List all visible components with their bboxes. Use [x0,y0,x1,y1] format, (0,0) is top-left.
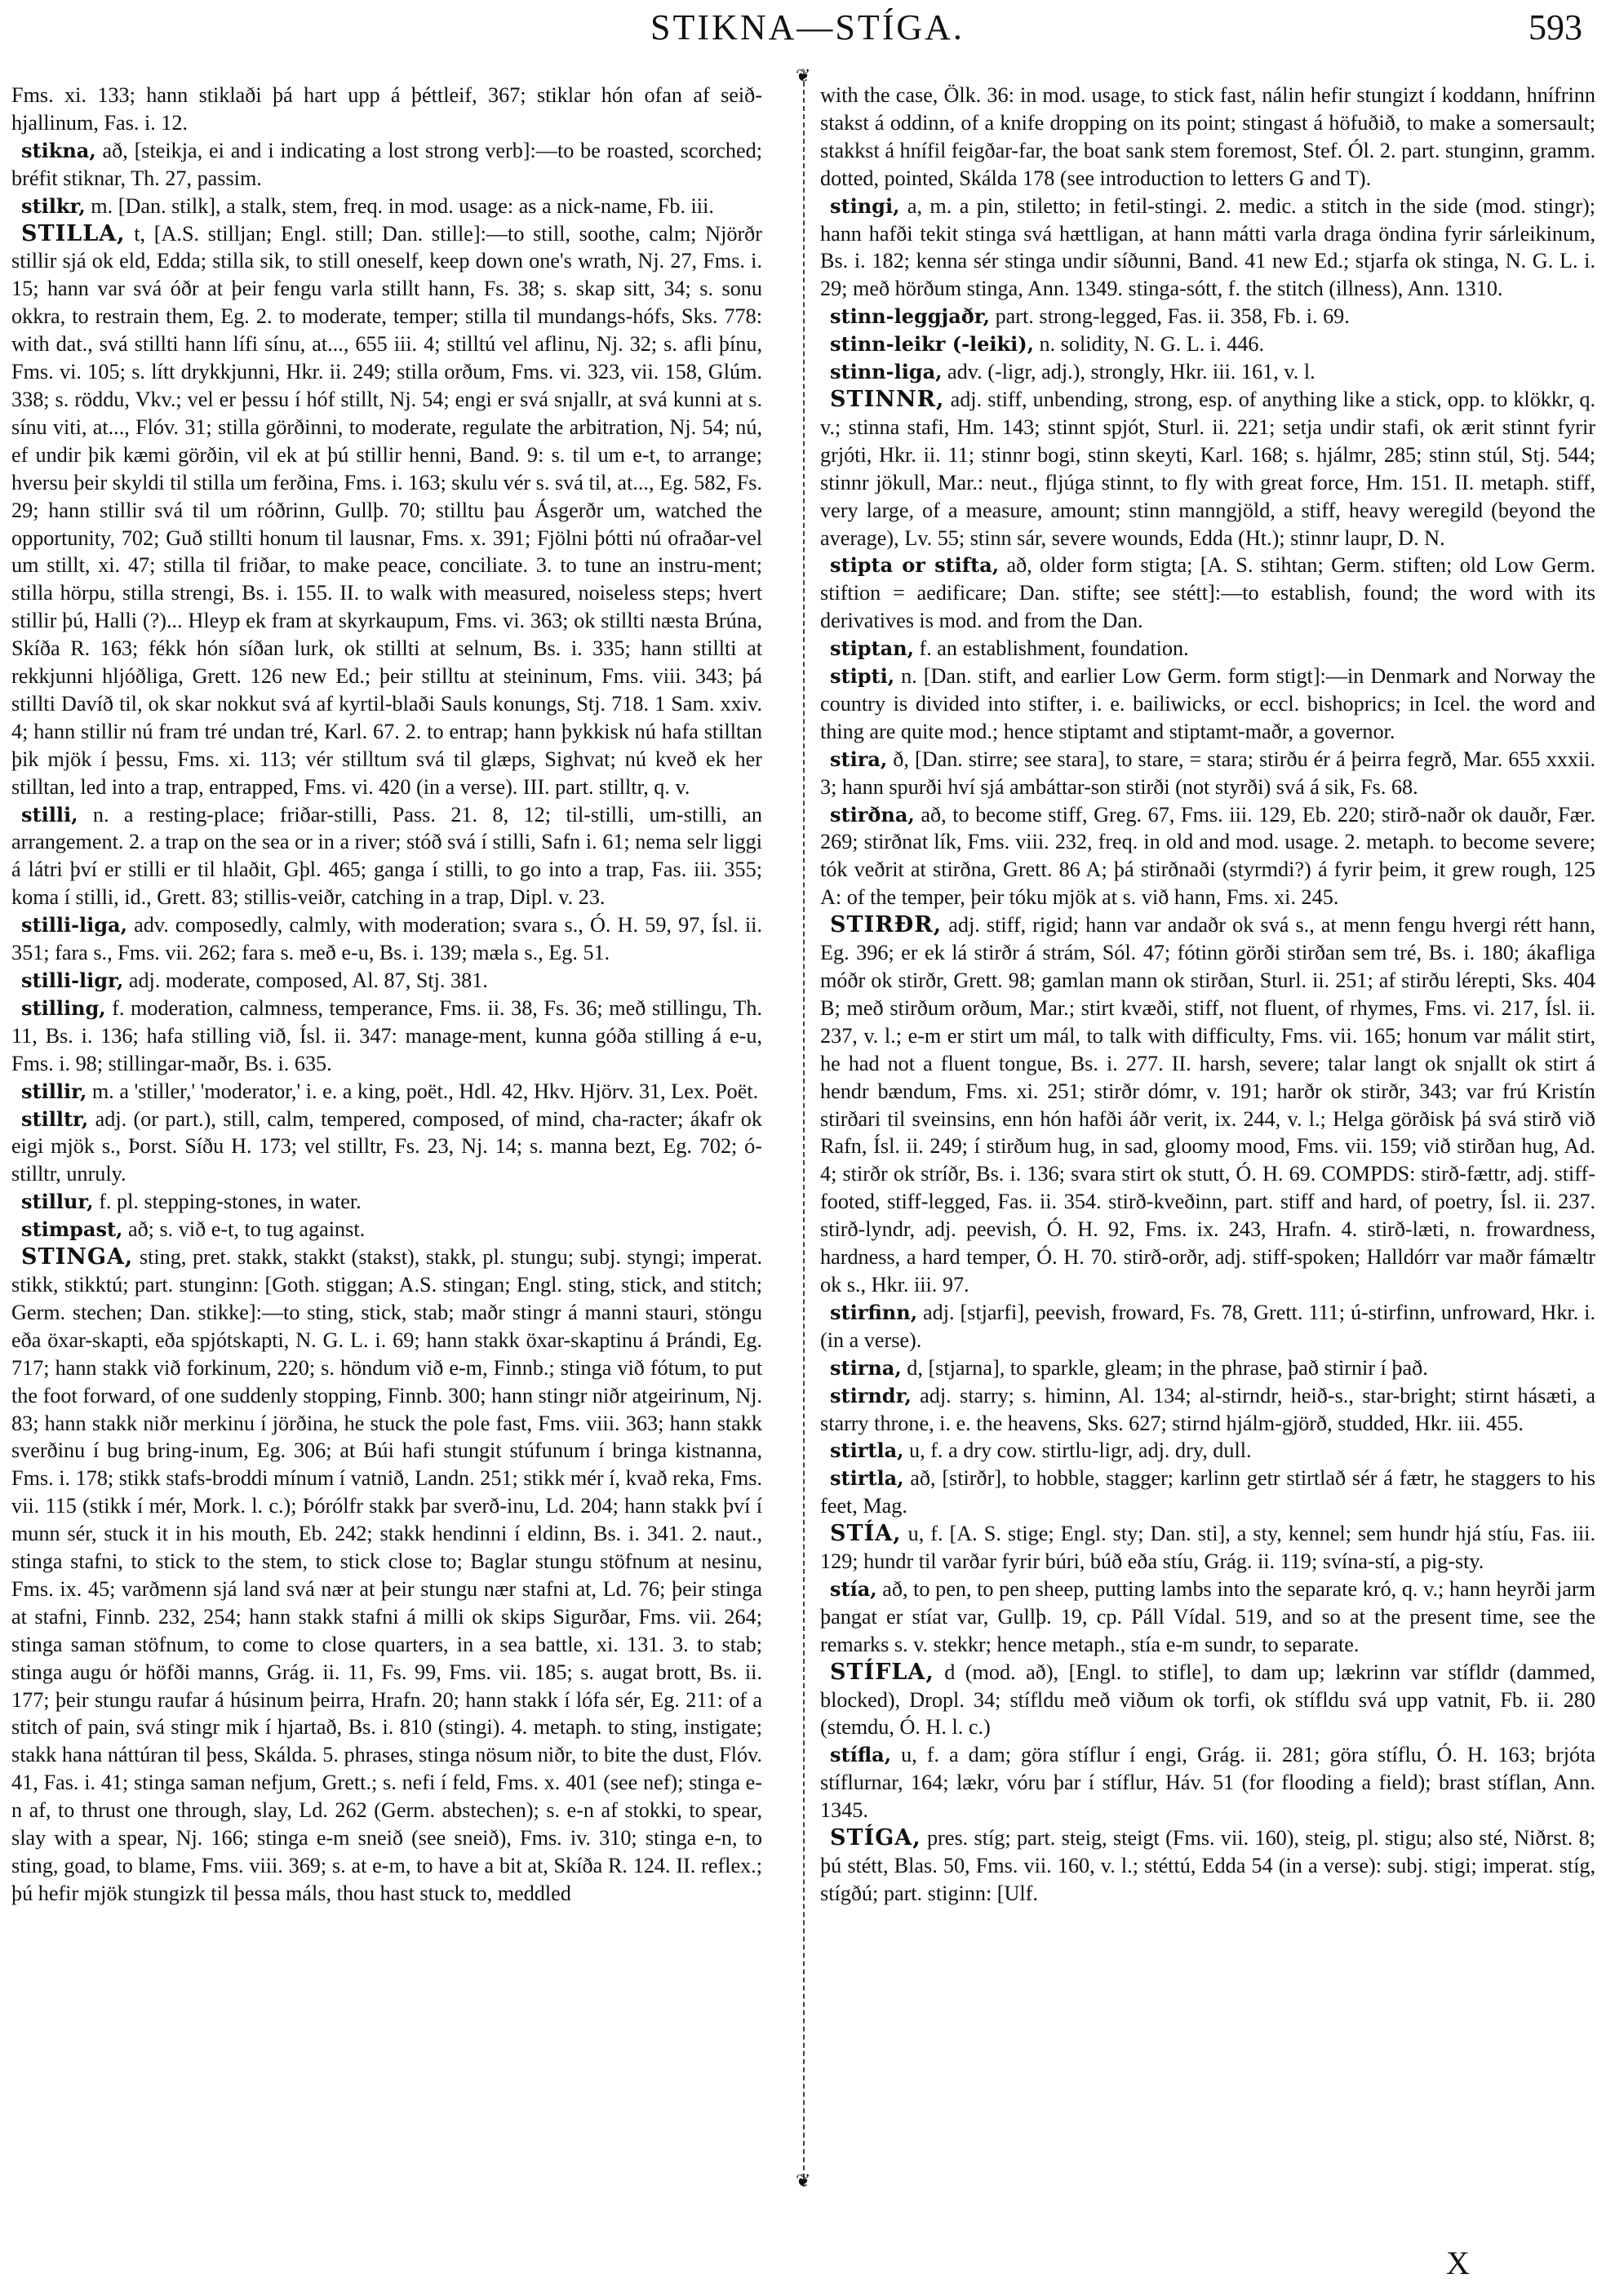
entry-definition: adj. stiff, rigid; hann var andaðr ok sv… [820,913,1595,1296]
entry-definition: adj. [stjarfi], peevish, froward, Fs. 78… [820,1301,1595,1352]
entry-headword: stilling, [21,996,106,1020]
entry-definition: u, f. [A. S. stige; Engl. sty; Dan. sti]… [820,1522,1595,1573]
running-head: STIKNA—STÍGA. [0,7,1615,48]
entry-headword: stinn-leikr (-leiki), [830,332,1034,356]
dictionary-entry: stikna, að, [steikja, ei and i indicatin… [11,137,762,193]
entry-definition: f. an establishment, foundation. [914,636,1189,660]
page-header: STIKNA—STÍGA. 593 [0,0,1615,65]
entry-definition: pres. stíg; part. steig, steigt (Fms. vi… [820,1826,1595,1905]
entry-definition: a, m. a pin, stiletto; in fetil-stingi. … [820,194,1595,301]
entry-definition: u, f. a dam; göra stíflur í engi, Grág. … [820,1743,1595,1822]
entry-headword: stikna, [21,139,96,162]
dictionary-entry: stipta or stifta, að, older form stigta;… [820,552,1595,635]
dictionary-entry: STÍFLA, d (mod. að), [Engl. to stifle], … [820,1659,1595,1742]
entry-definition: m. [Dan. stilk], a stalk, stem, freq. in… [86,194,714,218]
entry-headword: STÍA, [830,1521,902,1546]
entry-definition: u, f. a dry cow. stirtlu-ligr, adj. dry,… [903,1438,1251,1462]
entry-definition: f. pl. stepping-stones, in water. [94,1190,362,1213]
entry-definition: f. moderation, calmness, temperance, Fms… [11,996,762,1075]
dictionary-entry: with the case, Ölk. 36: in mod. usage, t… [820,82,1595,193]
dictionary-entry: STINNR, adj. stiff, unbending, strong, e… [820,386,1595,552]
dictionary-entry: Fms. xi. 133; hann stiklaði þá hart upp … [11,82,762,137]
dictionary-entry: stilli, n. a resting-place; friðar-still… [11,801,762,912]
entry-headword: STINGA, [21,1244,133,1270]
entry-headword: stillur, [21,1190,94,1213]
entry-headword: stirndr, [830,1384,912,1407]
entry-headword: stilli-ligr, [21,968,123,992]
entry-headword: stilkr, [21,194,86,218]
entry-definition: part. strong-legged, Fas. ii. 358, Fb. i… [990,304,1350,328]
dictionary-entry: stilkr, m. [Dan. stilk], a stalk, stem, … [11,193,762,220]
entry-headword: STILLA, [21,221,126,246]
entry-definition: d (mod. að), [Engl. to stifle], to dam u… [820,1660,1595,1740]
dictionary-entry: stillur, f. pl. stepping-stones, in wate… [11,1188,762,1216]
entry-headword: stilli-liga, [21,913,127,937]
entry-headword: STIRÐR, [830,912,942,937]
dictionary-entry: STÍGA, pres. stíg; part. steig, steigt (… [820,1824,1595,1908]
entry-headword: stingi, [830,194,899,218]
entry-headword: STINNR, [830,387,944,412]
entry-headword: stillir, [21,1079,87,1103]
dictionary-entry: stirna, d, [stjarna], to sparkle, gleam;… [820,1354,1595,1382]
entry-definition: n. solidity, N. G. L. i. 446. [1034,332,1264,356]
entry-headword: stira, [830,747,887,771]
dictionary-entry: stira, ð, [Dan. stirre; see stara], to s… [820,746,1595,801]
dictionary-entry: stiptan, f. an establishment, foundation… [820,635,1595,663]
entry-definition: t, [A.S. stilljan; Engl. still; Dan. sti… [11,222,762,799]
dictionary-entry: stirfinn, adj. [stjarfi], peevish, frowa… [820,1299,1595,1354]
page-number: 593 [1528,7,1582,48]
entry-definition: að, [steikja, ei and i indicating a lost… [11,139,762,190]
entry-definition: d, [stjarna], to sparkle, gleam; in the … [902,1356,1428,1380]
entry-definition: að; s. við e-t, to tug against. [122,1217,365,1241]
entry-definition: ð, [Dan. stirre; see stara], to stare, =… [820,747,1595,799]
entry-definition: að, [stirðr], to hobble, stagger; karlin… [820,1466,1595,1518]
entry-headword: stía, [830,1577,877,1601]
entry-definition: m. a 'stiller,' 'moderator,' i. e. a kin… [87,1079,758,1103]
dictionary-entry: stía, að, to pen, to pen sheep, putting … [820,1576,1595,1659]
entry-headword: STÍFLA, [830,1660,934,1685]
entry-headword: stipta or stifta, [830,553,999,577]
entry-definition: adj. (or part.), still, calm, tempered, … [11,1107,762,1186]
entry-headword: stirðna, [830,803,915,827]
entry-headword: STÍGA, [830,1825,921,1851]
dictionary-entry: stinn-liga, adv. (-ligr, adj.), strongly… [820,358,1595,386]
dictionary-entry: stirndr, adj. starry; s. himinn, Al. 134… [820,1382,1595,1438]
entry-headword: stirtla, [830,1438,903,1462]
entry-definition: n. a resting-place; friðar-stilli, Pass.… [11,803,762,910]
entry-definition: adj. starry; s. himinn, Al. 134; al-stir… [820,1384,1595,1435]
dictionary-entry: stirtla, u, f. a dry cow. stirtlu-ligr, … [820,1437,1595,1465]
dictionary-entry: stilli-liga, adv. composedly, calmly, wi… [11,911,762,967]
column-divider [803,82,805,2187]
entry-headword: stilli, [21,803,78,827]
entry-headword: stífla, [830,1743,891,1766]
entry-definition: sting, pret. stakk, stakkt (stakst), sta… [11,1245,762,1905]
entry-headword: stilltr, [21,1107,88,1131]
entry-headword: stirtla, [830,1466,903,1490]
dictionary-entry: stipti, n. [Dan. stift, and earlier Low … [820,663,1595,746]
entry-headword: stirfinn, [830,1301,917,1324]
left-column: Fms. xi. 133; hann stiklaði þá hart upp … [11,82,762,1908]
ornament-bottom-icon: ❦ [796,2170,810,2192]
entry-definition: with the case, Ölk. 36: in mod. usage, t… [820,83,1595,190]
dictionary-entry: STILLA, t, [A.S. stilljan; Engl. still; … [11,220,762,801]
dictionary-entry: stimpast, að; s. við e-t, to tug against… [11,1216,762,1243]
entry-definition: Fms. xi. 133; hann stiklaði þá hart upp … [11,83,762,135]
entry-definition: að, to pen, to pen sheep, putting lambs … [820,1577,1595,1656]
entry-definition: að, to become stiff, Greg. 67, Fms. iii.… [820,803,1595,910]
entry-headword: stinn-liga, [830,360,943,383]
dictionary-entry: STIRÐR, adj. stiff, rigid; hann var anda… [820,911,1595,1299]
dictionary-entry: stirðna, að, to become stiff, Greg. 67, … [820,801,1595,912]
dictionary-entry: stinn-leggjaðr, part. strong-legged, Fas… [820,303,1595,330]
dictionary-entry: stirtla, að, [stirðr], to hobble, stagge… [820,1465,1595,1520]
dictionary-entry: stinn-leikr (-leiki), n. solidity, N. G.… [820,330,1595,358]
dictionary-entry: stífla, u, f. a dam; göra stíflur í engi… [820,1741,1595,1824]
entry-headword: stipti, [830,664,894,688]
entry-headword: stinn-leggjaðr, [830,304,990,328]
entry-definition: adv. (-ligr, adj.), strongly, Hkr. iii. … [943,360,1316,383]
entry-definition: adj. moderate, composed, Al. 87, Stj. 38… [123,968,488,992]
dictionary-entry: stingi, a, m. a pin, stiletto; in fetil-… [820,193,1595,304]
dictionary-entry: stilli-ligr, adj. moderate, composed, Al… [11,967,762,995]
entry-headword: stiptan, [830,636,914,660]
dictionary-entry: stilling, f. moderation, calmness, tempe… [11,995,762,1078]
dictionary-entry: STÍA, u, f. [A. S. stige; Engl. sty; Dan… [820,1520,1595,1576]
dictionary-entry: stillir, m. a 'stiller,' 'moderator,' i.… [11,1078,762,1106]
right-column: with the case, Ölk. 36: in mod. usage, t… [820,82,1595,1908]
dictionary-entry: stilltr, adj. (or part.), still, calm, t… [11,1106,762,1189]
entry-definition: n. [Dan. stift, and earlier Low Germ. fo… [820,664,1595,743]
dictionary-entry: STINGA, sting, pret. stakk, stakkt (stak… [11,1243,762,1908]
entry-headword: stimpast, [21,1217,122,1241]
signature-mark: X [1446,2244,1470,2282]
entry-headword: stirna, [830,1356,902,1380]
